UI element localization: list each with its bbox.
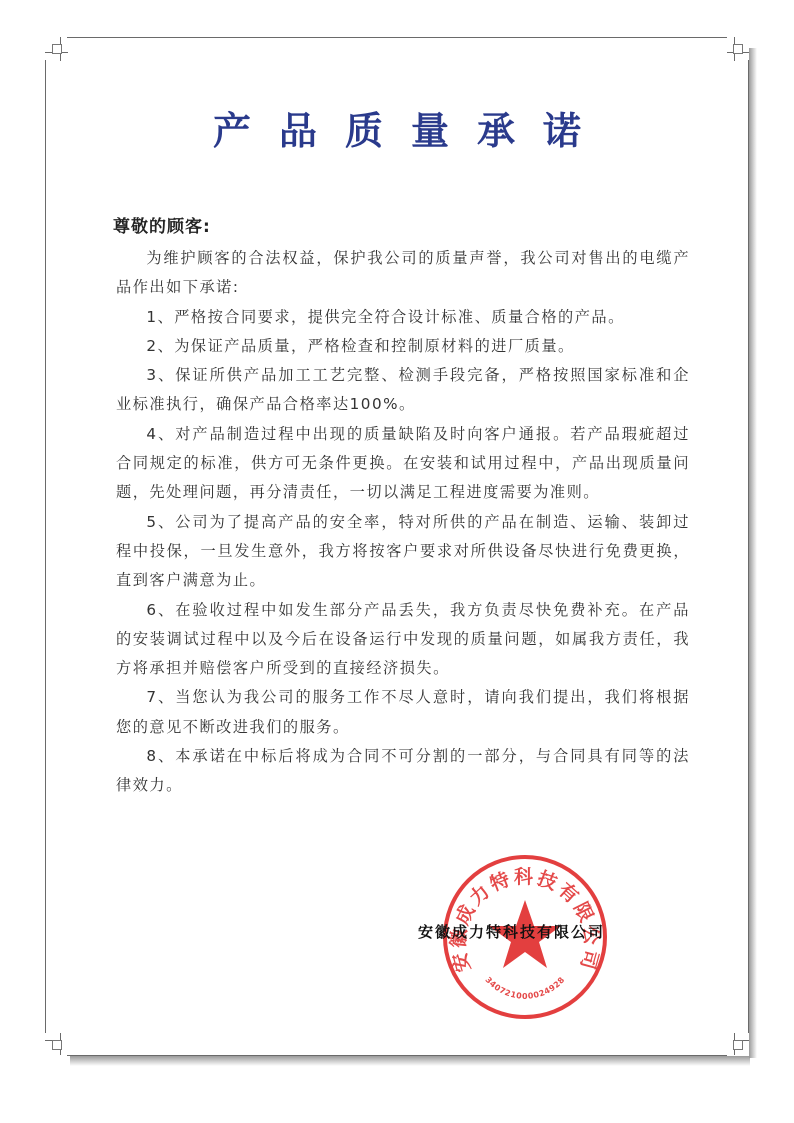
document-title: 产品质量承诺 [0, 100, 794, 155]
commitment-item-8: 8、本承诺在中标后将成为合同不可分割的一部分，与合同具有同等的法律效力。 [116, 742, 690, 801]
corner-mark-tr [733, 44, 743, 54]
commitment-item-1: 1、严格按合同要求，提供完全符合设计标准、质量合格的产品。 [116, 303, 690, 332]
frame-edge-bottom [67, 1055, 727, 1056]
frame-shadow-bottom [70, 1056, 750, 1066]
frame-edge-right [748, 60, 749, 1033]
commitment-item-7: 7、当您认为我公司的服务工作不尽人意时，请向我们提出，我们将根据您的意见不断改进… [116, 683, 690, 742]
seal-number: 340721000024928 [483, 975, 566, 1001]
frame-edge-top [67, 37, 727, 38]
intro-paragraph: 为维护顾客的合法权益，保护我公司的质量声誉，我公司对售出的电缆产品作出如下承诺: [116, 244, 690, 303]
greeting: 尊敬的顾客: [113, 212, 211, 237]
document-body: 为维护顾客的合法权益，保护我公司的质量声誉，我公司对售出的电缆产品作出如下承诺:… [116, 244, 690, 801]
frame-edge-left [45, 60, 46, 1033]
corner-mark-bl [52, 1040, 62, 1050]
corner-mark-tl [52, 44, 62, 54]
company-signature: 安徽成力特科技有限公司 [418, 921, 605, 942]
commitment-item-6: 6、在验收过程中如发生部分产品丢失，我方负责尽快免费补充。在产品的安装调试过程中… [116, 596, 690, 684]
commitment-item-5: 5、公司为了提高产品的安全率，特对所供的产品在制造、运输、装卸过程中投保，一旦发… [116, 508, 690, 596]
commitment-item-4: 4、对产品制造过程中出现的质量缺陷及时向客户通报。若产品瑕疵超过合同规定的标准，… [116, 420, 690, 508]
commitment-item-3: 3、保证所供产品加工工艺完整、检测手段完备，严格按照国家标准和企业标准执行，确保… [116, 361, 690, 420]
frame-shadow-right [749, 48, 757, 1058]
corner-mark-br [733, 1040, 743, 1050]
svg-text:340721000024928: 340721000024928 [483, 975, 566, 1001]
commitment-item-2: 2、为保证产品质量，严格检查和控制原材料的进厂质量。 [116, 332, 690, 361]
